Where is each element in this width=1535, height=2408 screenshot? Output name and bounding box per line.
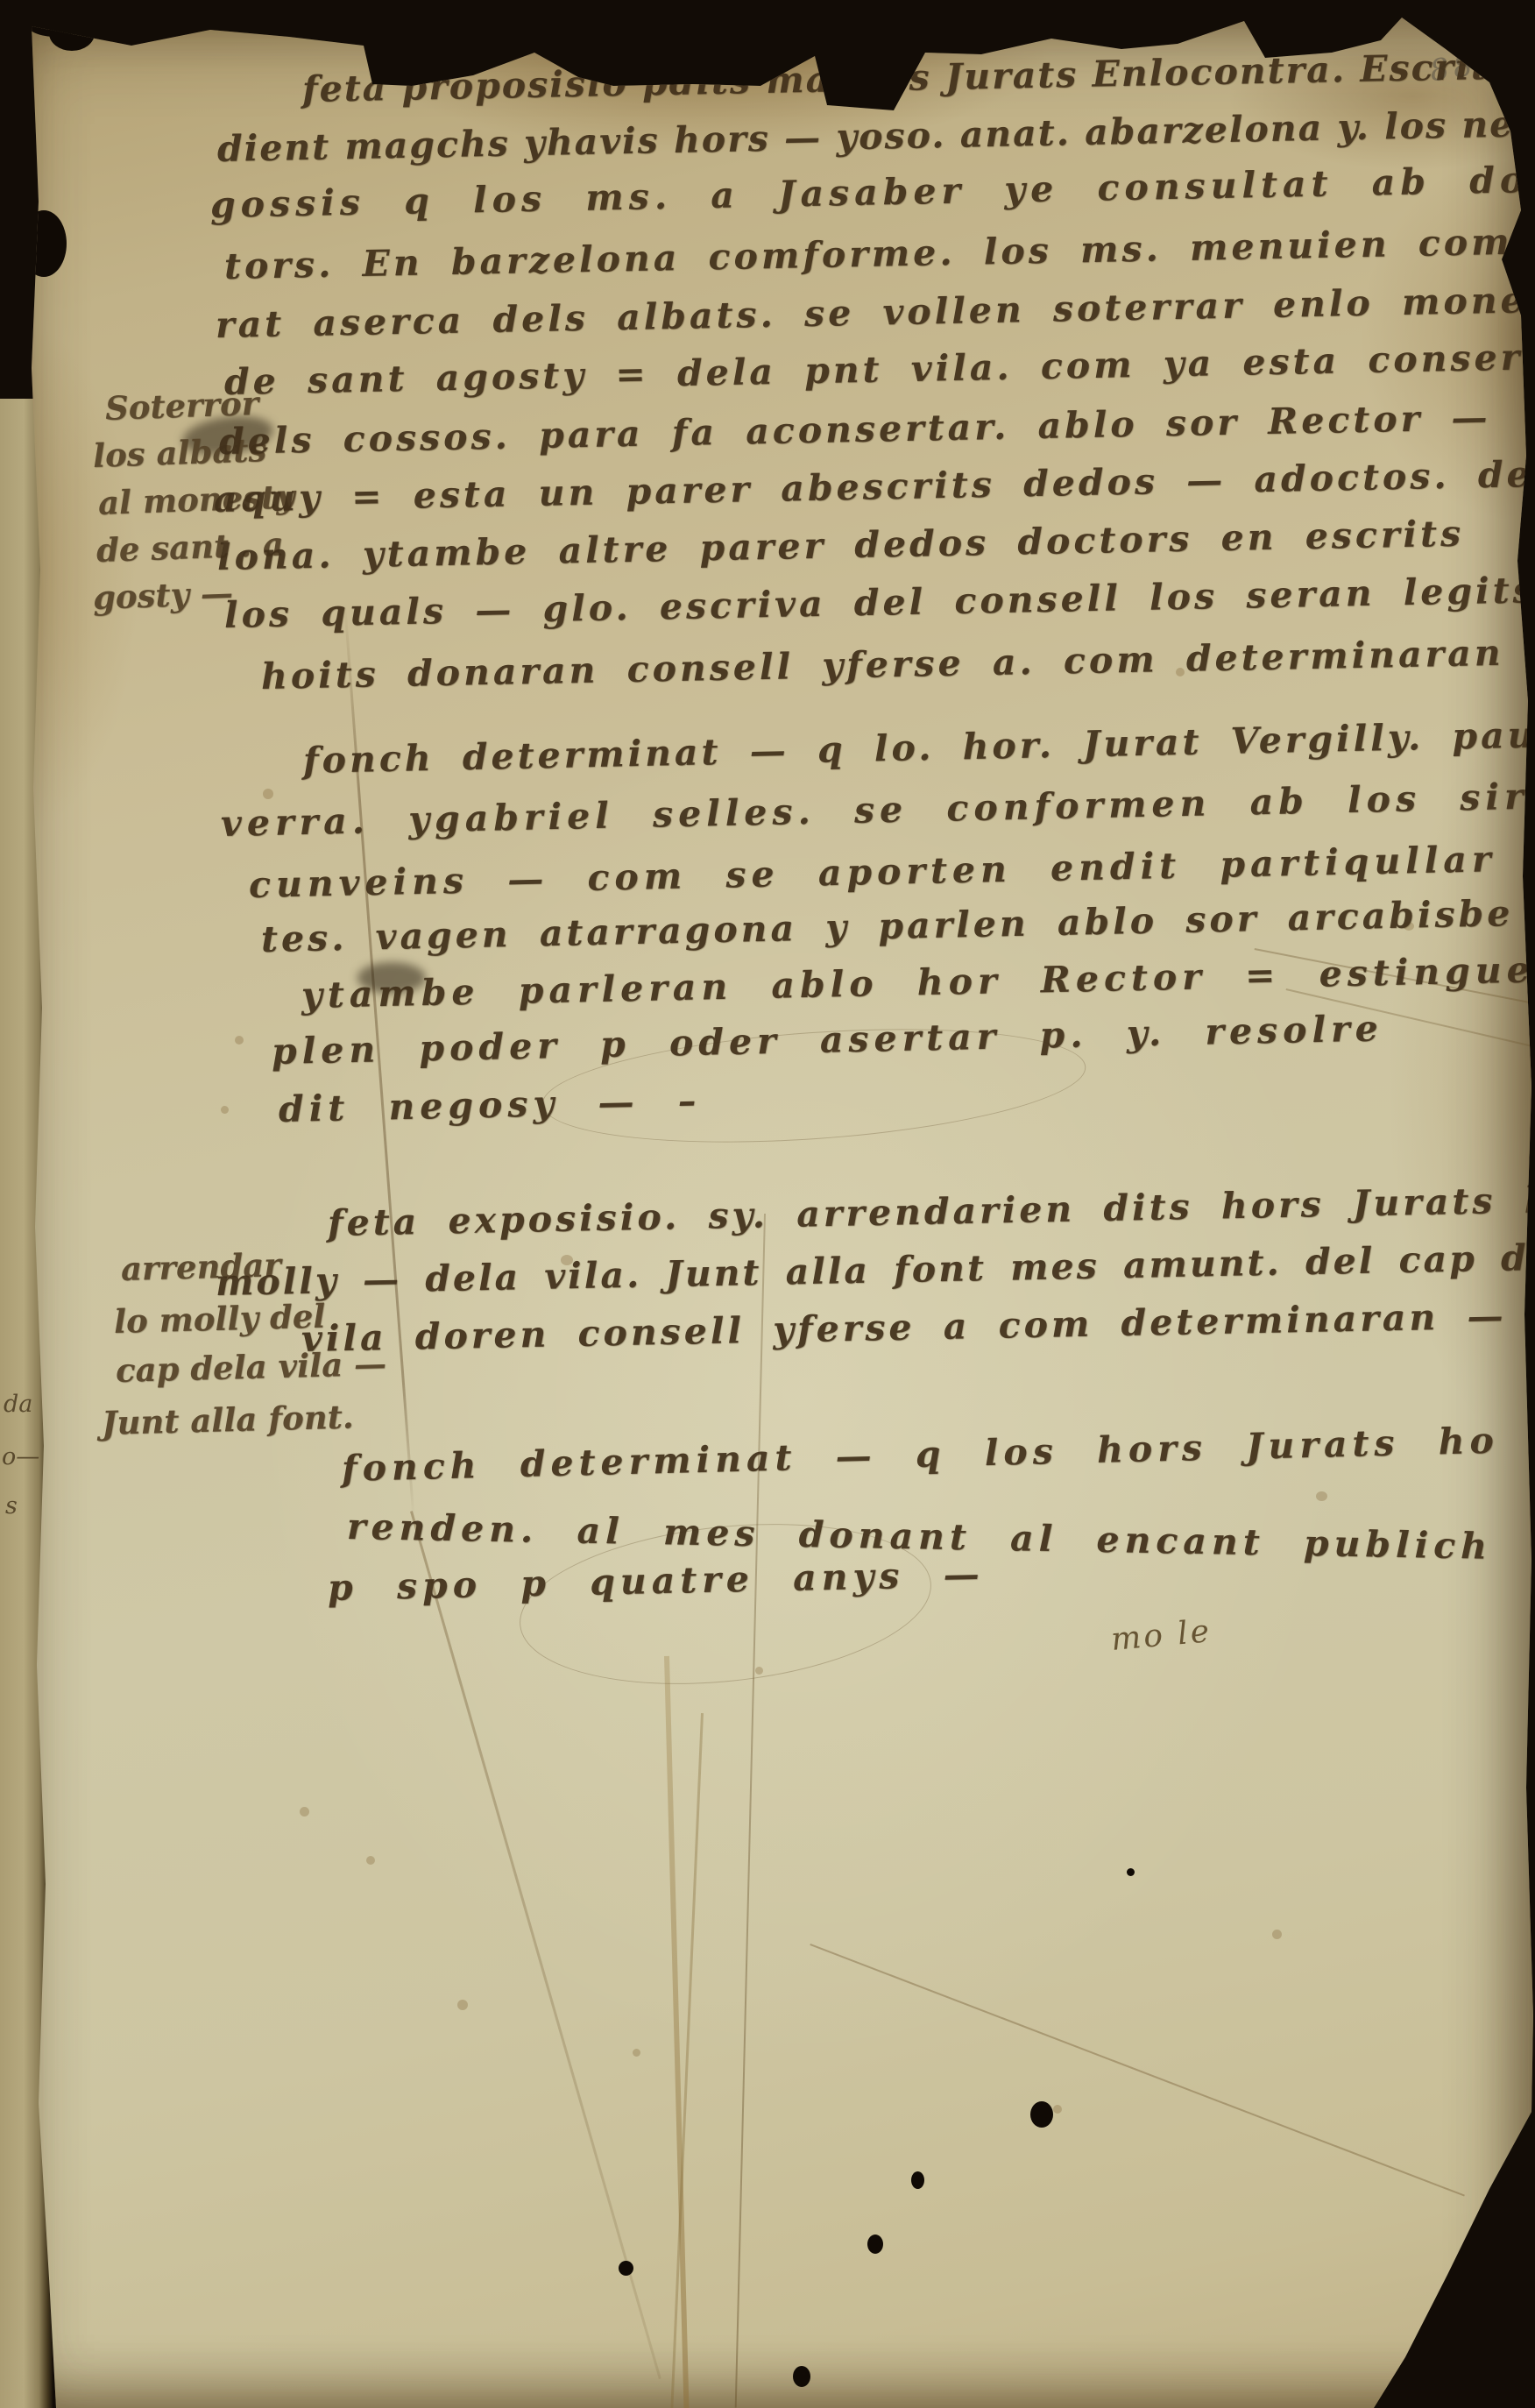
handwritten-line: dit negosy — –	[278, 1080, 701, 1130]
ink-blot	[49, 16, 95, 51]
handwritten-line: feta proposisio pdits magchs Jurats Enlo…	[302, 42, 1535, 110]
stain-speck	[633, 2049, 640, 2057]
handwritten-line: gossis q los ms. a Jasaber ye consultat …	[210, 156, 1535, 226]
stain-speck	[1272, 1930, 1282, 1939]
handwritten-line: los quals — glo. escriva del consell los…	[224, 569, 1535, 636]
ink-blot	[793, 2366, 810, 2387]
edge-fragment: s	[5, 1492, 18, 1519]
stain-speck	[263, 789, 273, 799]
handwritten-line: aquy = esta un parer abescrits dedos — a…	[214, 450, 1535, 521]
handwritten-line: rat aserca dels albats. se vollen soterr…	[216, 278, 1535, 346]
handwritten-line: vila doren consell yferse a com determin…	[301, 1295, 1507, 1360]
edge-fragment: da	[4, 1391, 32, 1418]
fold-crease	[735, 1214, 766, 2408]
ink-blot	[867, 2234, 883, 2254]
handwritten-line: tes. vagen atarragona y parlen ablo sor …	[260, 892, 1513, 960]
stain-speck	[1053, 2105, 1062, 2114]
handwritten-line: hoits donaran consell yferse a. com dete…	[261, 630, 1535, 698]
handwritten-line: feta exposisio. sy. arrendarien dits hor…	[328, 1179, 1535, 1244]
margin-note-line: Junt alla font.	[101, 1397, 354, 1442]
handwritten-line: ytambe parleran ablo hor Rector = esting…	[301, 948, 1535, 1016]
handwritten-line: tors. En barzelona comforme. los ms. men…	[224, 220, 1535, 287]
edge-fragment: o—	[2, 1443, 39, 1470]
handwritten-line: de sant agosty = dela pnt vila. com ya e…	[224, 335, 1535, 403]
stain-speck	[457, 2000, 468, 2010]
stain-speck	[235, 1036, 244, 1045]
stain-speck	[221, 1106, 229, 1114]
handwritten-line: fonch determinat — q lo. hor. Jurat Verg…	[302, 714, 1535, 782]
header-faint-note: ff pd	[827, 12, 909, 51]
footer-small-note: mo le	[1109, 1613, 1213, 1658]
handwritten-line: lona. ytambe altre parer dedos doctors e…	[217, 513, 1465, 578]
ink-blot	[619, 2261, 633, 2276]
margin-note-line: gosty —	[92, 573, 233, 617]
manuscript-photo: da o— s	[0, 0, 1535, 2408]
handwritten-line: verra. ygabriel selles. se conformen ab …	[220, 776, 1529, 845]
ink-blot	[1127, 1868, 1135, 1876]
ink-blot	[911, 2171, 924, 2189]
handwritten-line: dient magchs yhavis hors — yoso. anat. a…	[217, 103, 1515, 170]
handwritten-line: dels cossos. para fa aconsertar. ablo so…	[219, 396, 1491, 463]
stain-speck	[1316, 1491, 1327, 1501]
stain-speck	[366, 1856, 375, 1865]
scratch-line	[810, 1944, 1465, 2197]
ink-blot	[1030, 2101, 1053, 2128]
manuscript-page: 887 ff pd Soterror los albats al monesty…	[0, 0, 1535, 2408]
handwritten-line: fonch determinat — q los hors Jurats ho …	[341, 1417, 1535, 1490]
stain-speck	[300, 1807, 309, 1817]
stain-speck	[755, 1667, 763, 1675]
handwritten-line: molly — dela vila. Junt alla font mes am…	[216, 1236, 1535, 1304]
ink-blot	[21, 210, 67, 277]
